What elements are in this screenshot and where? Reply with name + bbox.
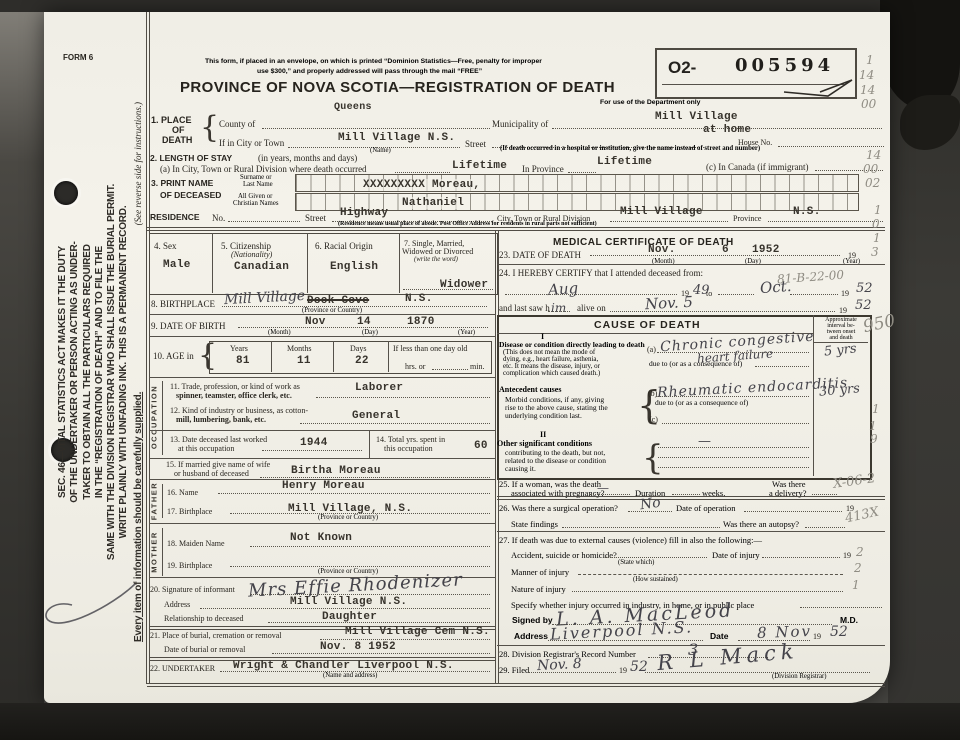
s11-label1: 11. Trade, profession, or kind of work a… (170, 382, 300, 391)
citizenship-sublabel: (Nationality) (231, 250, 272, 259)
birthplace-province-value: N.S. (405, 293, 433, 305)
age-label: 10. AGE in (153, 351, 194, 361)
bottom-rule (147, 683, 885, 687)
sidebar-divider-rule (146, 12, 150, 684)
serial-caption: For use of the Department only (600, 99, 700, 106)
attended-from-value: Aug (547, 279, 578, 299)
given-name-value: Nathaniel (402, 197, 464, 209)
margin-mark: 14 (860, 83, 875, 97)
stay-province-value: Lifetime (597, 156, 652, 168)
relationship-label: Relationship to deceased (164, 614, 244, 623)
s1-label-line3: DEATH (162, 135, 192, 145)
cause-c-paren: (c) (649, 415, 658, 424)
informant-address-value: Mill Village N.S. (290, 596, 407, 608)
cause-header: CAUSE OF DEATH (594, 319, 701, 331)
s14-label1: 14. Total yrs. spent in (376, 435, 445, 444)
accident-label: Accident, suicide or homicide? (511, 550, 617, 560)
serial-check-mark (780, 72, 858, 98)
margin-mark: 14 (859, 68, 874, 82)
s19-label: 19. Birthplace (167, 561, 212, 570)
sidebar-line: SAME WITH THE DIVISION REGISTRAR WHO SHA… (106, 102, 118, 642)
county-label: County of (219, 119, 255, 129)
mail-note-line1: This form, if placed in an envelope, on … (205, 58, 542, 65)
mother-maiden-value: Not Known (290, 532, 352, 544)
manner-label: Manner of injury (511, 567, 569, 577)
s24-label: 24. I HEREBY CERTIFY that I attended dec… (499, 268, 703, 278)
age-months-value: 11 (297, 355, 311, 367)
burial-date-label: Date of burial or removal (164, 645, 245, 654)
s29-label: 29. Filed (499, 665, 529, 675)
age-months-label: Months (287, 344, 311, 353)
dob-day-label: (Day) (362, 329, 378, 336)
attended-to-label: to (706, 289, 712, 298)
serial-prefix: O2- (668, 58, 696, 78)
s11-label2: spinner, teamster, office clerk, etc. (176, 391, 292, 400)
operation-date-label: Date of operation (676, 503, 735, 513)
industry-value: General (352, 410, 400, 422)
s15-label1: 15. If married give name of wife (166, 460, 270, 469)
street-label: Street (465, 139, 486, 149)
burial-place-value: Mill Village Cem N.S. (345, 626, 490, 638)
attended-to-year: 52 (856, 281, 873, 296)
residence-no-label: No. (212, 213, 225, 223)
margin-mark: 2 (856, 545, 864, 559)
residence-label: RESIDENCE (150, 212, 200, 222)
trade-value: Laborer (355, 382, 403, 394)
residence-street-label: Street (305, 213, 326, 223)
residence-province-value: N.S. (793, 206, 821, 218)
residence-province-label: Province (733, 214, 761, 223)
margin-mark: 00 (863, 162, 878, 176)
sex-value: Male (163, 259, 191, 271)
dob-label: 9. DATE OF BIRTH (151, 321, 225, 331)
scanner-background-bottom (0, 703, 960, 740)
s22-label: 22. UNDERTAKER (150, 664, 215, 673)
sex-label: 4. Sex (154, 241, 177, 251)
signed-19: 19 (813, 632, 821, 641)
marital-value: Widower (440, 279, 488, 291)
division-registrar-sublabel: (Division Registrar) (772, 673, 827, 680)
other-cond-l1: Other significant conditions (497, 439, 592, 448)
cause-b-dueto: due to (or as a consequence of) (655, 398, 748, 407)
medical-certificate-header: MEDICAL CERTIFICATE OF DEATH (553, 237, 734, 248)
s15-label2: or husband of deceased (174, 469, 249, 478)
s12-label2: mill, lumbering, bank, etc. (176, 415, 266, 424)
scanner-background-left (0, 0, 44, 740)
dod-label: 23. DATE OF DEATH (499, 250, 581, 260)
spouse-name-value: Birtha Moreau (291, 465, 381, 477)
s13-label2: at this occupation (178, 444, 234, 453)
autopsy-label: Was there an autopsy? (723, 519, 799, 529)
s14-label2: this occupation (384, 444, 433, 453)
signed-by-label: Signed by (512, 615, 553, 625)
margin-mark: 1 (874, 203, 882, 217)
age-years-label: Years (230, 344, 248, 353)
given-sublabel1: All Given or (238, 193, 272, 200)
signed-date-label: Date (710, 631, 728, 641)
other-cond-brace: { (642, 438, 664, 478)
s26-label: 26. Was there a surgical operation? (499, 503, 618, 513)
injury-date-label: Date of injury (712, 550, 760, 560)
residence-city-value: Mill Village (620, 206, 703, 218)
margin-mark: 1 (852, 578, 860, 592)
filed-19: 19 (619, 666, 627, 675)
margin-mark: 1 (872, 402, 880, 416)
sidebar-reverse-note: (See reverse side for instructions.) (133, 102, 145, 225)
marital-sublabel: (write the word) (414, 256, 458, 263)
father-group-label: FATHER (150, 482, 159, 520)
margin-mark: 0 (872, 217, 880, 231)
place-of-death-brace: { (200, 110, 219, 145)
interval-header4: and death (818, 335, 864, 341)
dob-year-label: (Year) (458, 329, 475, 336)
margin-mark: 9 (870, 432, 878, 446)
father-name-value: Henry Moreau (282, 480, 365, 492)
city-town-label: If in City or Town (219, 138, 284, 148)
state-which-label: (State which) (618, 559, 654, 566)
citizenship-value: Canadian (234, 261, 289, 273)
age-days-label: Days (350, 344, 366, 353)
alive-on-label: alive on (577, 303, 606, 313)
last-saw-19: 19 (839, 306, 847, 315)
sidebar-vertical-notice: SEC. 46—VITAL STATISTICS ACT MAKES IT TH… (57, 102, 145, 642)
s3-label2: OF DECEASED (160, 190, 221, 200)
municipality-label: Municipality of (492, 119, 548, 129)
surname-value: XXXXXXXXX Moreau, (363, 179, 480, 191)
margin-mark: 00 (861, 97, 876, 111)
cause-roman-ii: II (540, 430, 546, 439)
last-saw-him: im (551, 301, 566, 315)
scanner-background-top (0, 0, 960, 12)
residence-street-value: Highway (340, 207, 388, 219)
margin-mark: 14 (866, 148, 881, 162)
last-worked-value: 1944 (300, 437, 328, 449)
mail-note-line2: use $300,” and properly addressed will p… (257, 68, 482, 75)
surname-sublabel2: Last Name (243, 181, 273, 188)
s2a-label: (a) In City, Town or Rural Division wher… (160, 164, 367, 174)
attended-to-19: 19 (841, 289, 849, 298)
sidebar-line: WRITE PLAINLY WITH UNFADING INK. THIS IS… (118, 102, 130, 642)
s13-label1: 13. Date deceased last worked (170, 435, 267, 444)
racial-origin-label: 6. Racial Origin (315, 241, 373, 251)
cause-a-paren: (a) (647, 345, 656, 354)
signed-year: 52 (830, 624, 848, 640)
sidebar-line: OF THE UNDERTAKER OR PERSON ACTING AS UN… (69, 102, 81, 642)
informant-address-label: Address (164, 600, 190, 609)
antecedent-l4: underlying condition last. (505, 411, 582, 420)
s18-label: 18. Maiden Name (167, 539, 225, 548)
s27-label: 27. If death was due to external causes … (499, 535, 762, 545)
last-saw-date: Nov. 5 (645, 293, 694, 313)
surname-sublabel1: Surname or (240, 174, 272, 181)
sidebar-line: SEC. 46—VITAL STATISTICS ACT MAKES IT TH… (57, 102, 69, 642)
city-town-value: Mill Village N.S. (338, 132, 455, 144)
pen-flourish-mark (40, 578, 150, 640)
antecedent-label: Antecedent causes (499, 385, 561, 394)
s16-label: 16. Name (167, 488, 198, 497)
margin-mark: 1 (866, 53, 874, 67)
given-sublabel2: Christian Names (233, 200, 279, 207)
s3-label1: 3. PRINT NAME (151, 178, 213, 188)
age-hrs-label: hrs. or (405, 362, 425, 371)
last-saw-label: and last saw h (499, 303, 550, 313)
margin-mark: 02 (865, 176, 880, 190)
name-note: (Name) (370, 147, 391, 154)
form-number: FORM 6 (63, 53, 93, 62)
s1-label-line2: OF (172, 125, 185, 135)
stay-canada-label: (c) In Canada (if immigrant) (706, 162, 808, 172)
s12-label1: 12. Kind of industry or business, as cot… (170, 406, 308, 415)
other-cond-l4: causing it. (505, 464, 536, 473)
occupation-group-label: OCCUPATION (150, 385, 159, 449)
birthplace-label: 8. BIRTHPLACE (151, 299, 215, 309)
s2-paren: (in years, months and days) (258, 153, 357, 163)
pregnancy-dash: — (597, 481, 609, 495)
s20-label: 20. Signature of informant (150, 585, 235, 594)
s2-label: 2. LENGTH OF STAY (150, 153, 232, 163)
stay-province-label: In Province (522, 164, 564, 174)
undertaker-sublabel: (Name and address) (323, 672, 377, 679)
hospital-note: (If death occurred in a hospital or inst… (500, 145, 760, 152)
municipality-value: Mill Village (655, 111, 738, 123)
sidebar-line: TAKER TO OBTAIN ALL THE PARTICULARS REQU… (82, 102, 94, 642)
racial-origin-value: English (330, 261, 378, 273)
mother-group-label: MOTHER (150, 531, 159, 573)
nature-label: Nature of injury (511, 584, 566, 594)
margin-mark: 2 (854, 561, 862, 575)
s17-label: 17. Birthplace (167, 507, 212, 516)
margin-mark: 3 (871, 245, 879, 259)
marital-label2: Widowed or Divorced (402, 247, 473, 256)
how-sustained-label: (How sustained) (633, 576, 678, 583)
cause-d5: complication which caused death.) (503, 369, 600, 377)
age-days-value: 22 (355, 355, 369, 367)
age-min-label: min. (470, 362, 484, 371)
document-title: PROVINCE OF NOVA SCOTIA—REGISTRATION OF … (180, 79, 615, 96)
birthplace-sublabel: (Province or Country) (302, 307, 362, 314)
age-years-value: 81 (236, 355, 250, 367)
total-years-value: 60 (474, 440, 488, 452)
father-birthplace-sublabel: (Province or Country) (318, 514, 378, 521)
last-saw-year: 52 (855, 298, 872, 313)
physician-address-label: Address (514, 631, 548, 641)
injury-19: 19 (843, 551, 851, 560)
dob-month-label: (Month) (268, 329, 291, 336)
s1-label-line1: 1. PLACE (151, 115, 192, 125)
margin-mark: 1 (873, 231, 881, 245)
cause-a-dueto: due to (or as a consequence of) (649, 359, 742, 368)
age-less-label: If less than one day old (393, 344, 467, 353)
findings-label: State findings (511, 519, 558, 529)
burial-date-value: Nov. 8 1952 (320, 641, 396, 653)
county-value: Queens (334, 102, 372, 113)
sidebar-line: IN THE “REGISTRATION OF DEATH” AND TO FI… (94, 102, 106, 642)
margin-mark: 1 (869, 419, 877, 433)
s21-label: 21. Place of burial, cremation or remova… (150, 631, 282, 640)
at-home-value: at home (703, 124, 751, 136)
stay-city-value: Lifetime (452, 160, 507, 172)
